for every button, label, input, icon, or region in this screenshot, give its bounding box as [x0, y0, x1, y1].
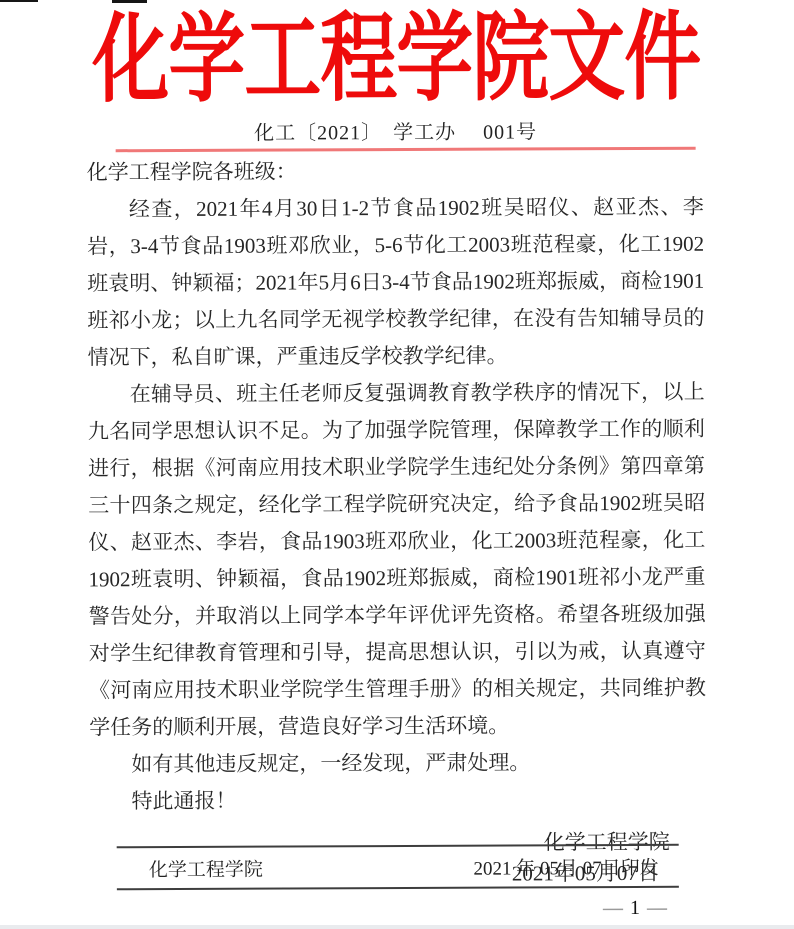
page-number: —1— [596, 897, 674, 920]
document-content: 化学工程学院文件 化工〔2021〕 学工办 001号 化学工程学院各班级： 经查… [0, 0, 794, 929]
page-number-dash: — [603, 897, 623, 919]
page-number-dash: — [647, 897, 667, 919]
page-number-value: 1 [630, 897, 640, 919]
footer-issuer: 化学工程学院 [149, 854, 263, 881]
paragraph-closing: 特此通报！ [89, 781, 706, 821]
scan-edge-strip [0, 925, 794, 929]
paragraph-warning: 如有其他违反规定，一经发现，严肃处理。 [89, 744, 706, 784]
paragraph-facts: 经查，2021年4月30日1-2节食品1902班吴昭仪、赵亚杰、李岩，3-4节食… [87, 189, 705, 377]
salutation: 化学工程学院各班级： [87, 152, 704, 192]
document-body: 化学工程学院各班级： 经查，2021年4月30日1-2节食品1902班吴昭仪、赵… [87, 152, 707, 892]
footer-print-date: 2021 年 05月 07日印发 [473, 852, 658, 880]
document-page: 化学工程学院文件 化工〔2021〕 学工办 001号 化学工程学院各班级： 经查… [0, 0, 794, 929]
paragraph-decision: 在辅导员、班主任老师反复强调教育教学秩序的情况下，以上九名同学思想认识不足。为了… [88, 374, 707, 747]
document-number: 化工〔2021〕 学工办 001号 [0, 114, 793, 146]
document-title: 化学工程学院文件 [90, 5, 702, 114]
footer-issuance-bar: 化学工程学院 2021 年 05月 07日印发 [117, 844, 679, 890]
